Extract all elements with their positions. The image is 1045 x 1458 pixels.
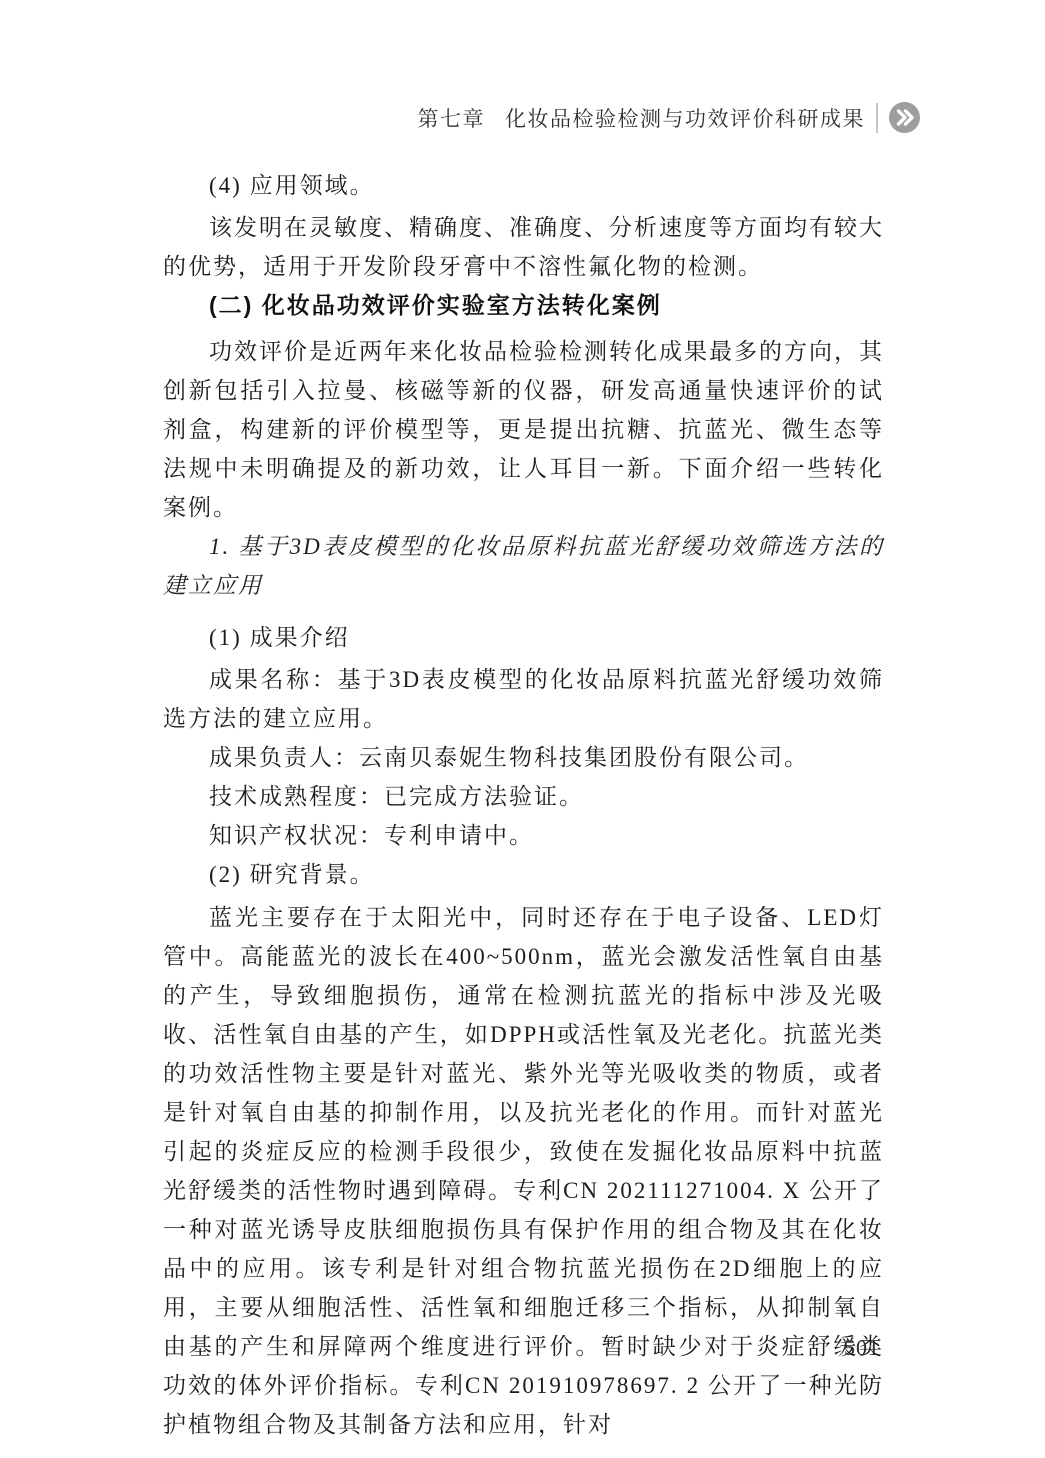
paragraph-application-label: (4) 应用领域。 xyxy=(163,166,884,205)
page-number: 501 xyxy=(844,1335,880,1361)
paragraph-background-label: (2) 研究背景。 xyxy=(163,855,884,894)
paragraph-background-body: 蓝光主要存在于太阳光中，同时还存在于电子设备、LED灯管中。高能蓝光的波长在40… xyxy=(163,898,884,1444)
paragraph-tech-maturity: 技术成熟程度：已完成方法验证。 xyxy=(163,777,884,816)
chapter-title: 化妆品检验检测与功效评价科研成果 xyxy=(505,108,865,131)
document-page: 第七章化妆品检验检测与功效评价科研成果 (4) 应用领域。 该发明在灵敏度、精确… xyxy=(0,0,1045,1458)
paragraph-efficacy-intro: 功效评价是近两年来化妆品检验检测转化成果最多的方向，其创新包括引入拉曼、核磁等新… xyxy=(163,332,884,527)
chapter-number: 第七章 xyxy=(418,108,486,131)
section-heading-2: (二) 化妆品功效评价实验室方法转化案例 xyxy=(163,286,884,325)
header-divider xyxy=(876,103,878,133)
running-header: 第七章化妆品检验检测与功效评价科研成果 xyxy=(418,102,921,133)
text-column: (4) 应用领域。 该发明在灵敏度、精确度、准确度、分析速度等方面均有较大的优势… xyxy=(163,166,884,1444)
paragraph-result-intro-label: (1) 成果介绍 xyxy=(163,618,884,657)
running-header-text: 第七章化妆品检验检测与功效评价科研成果 xyxy=(418,103,866,133)
paragraph-result-owner: 成果负责人：云南贝泰妮生物科技集团股份有限公司。 xyxy=(163,738,884,777)
paragraph-invention-summary: 该发明在灵敏度、精确度、准确度、分析速度等方面均有较大的优势，适用于开发阶段牙膏… xyxy=(163,208,884,286)
paragraph-result-name: 成果名称：基于3D表皮模型的化妆品原料抗蓝光舒缓功效筛选方法的建立应用。 xyxy=(163,660,884,738)
case-1-title: 1. 基于3D表皮模型的化妆品原料抗蓝光舒缓功效筛选方法的建立应用 xyxy=(163,527,884,605)
paragraph-ip-status: 知识产权状况：专利申请中。 xyxy=(163,816,884,855)
chevron-double-right-icon xyxy=(889,102,920,133)
